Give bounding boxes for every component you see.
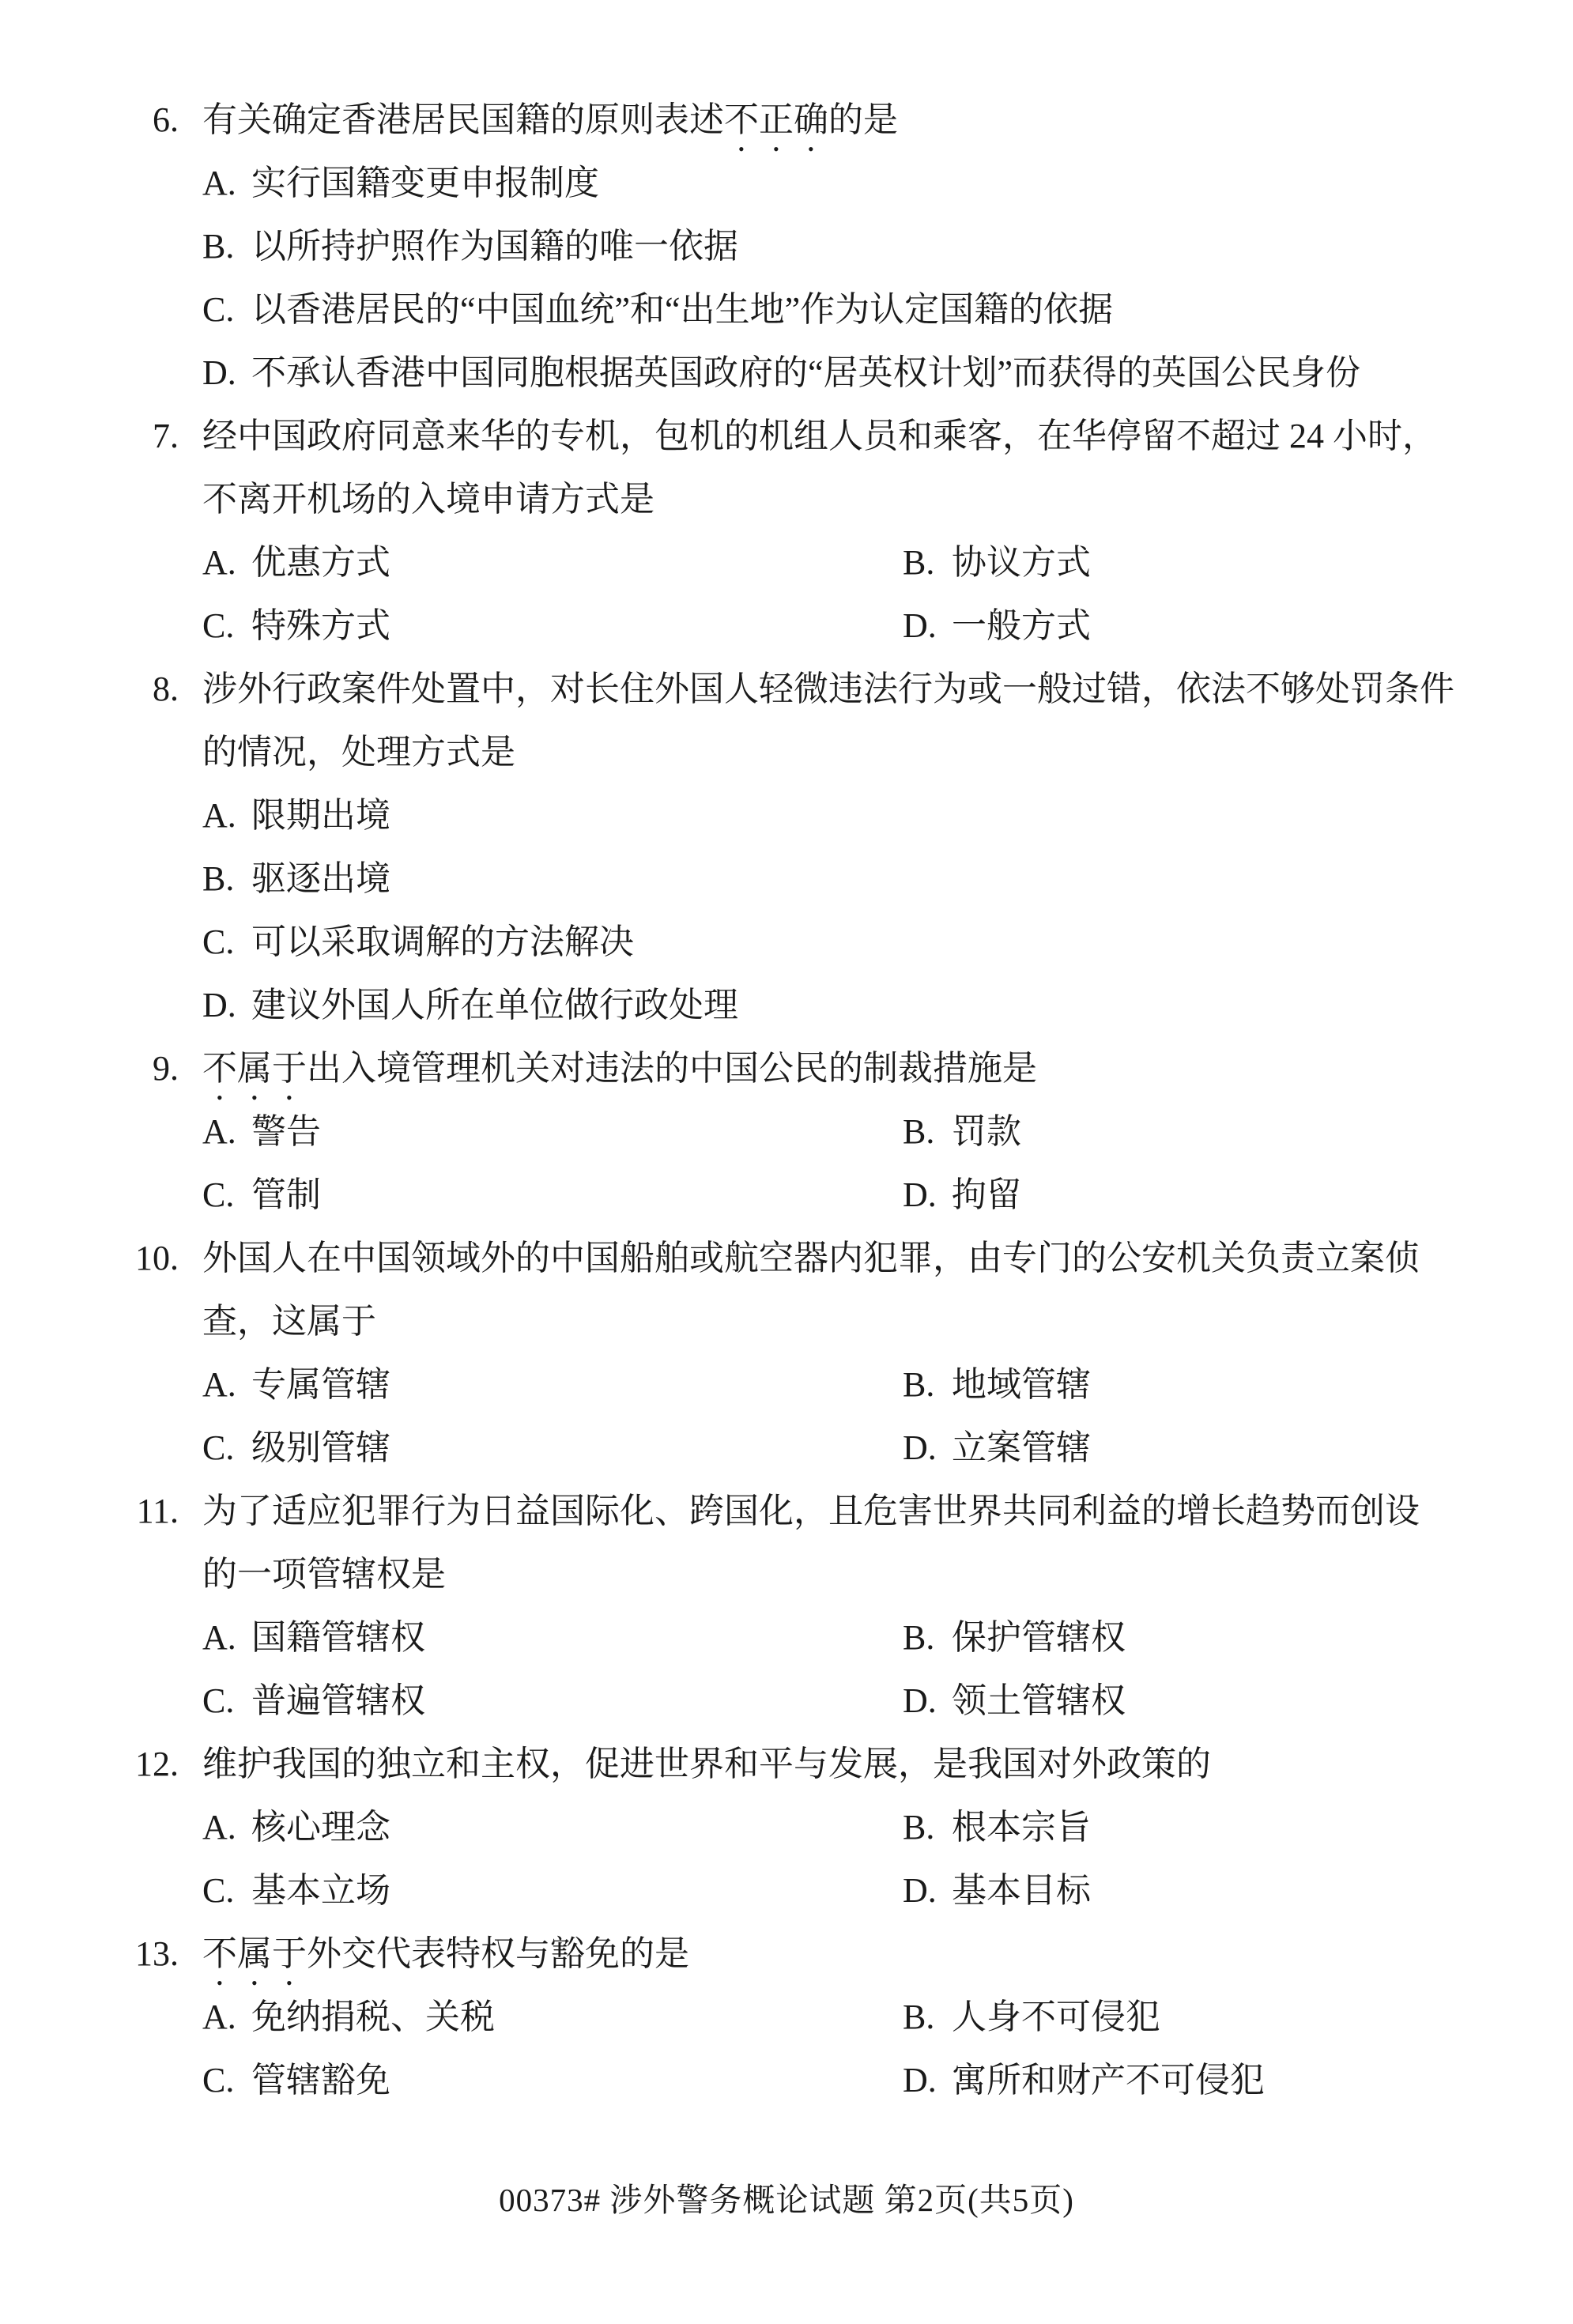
- option-b: B.协议方式: [903, 543, 1091, 582]
- option-label: C.: [202, 1417, 251, 1480]
- question-6-stem: 6.有关确定香港居民国籍的原则表述不正确的是: [0, 89, 1573, 152]
- option-row-ab: A.免纳捐税、关税B.人身不可侵犯: [0, 1986, 1573, 2049]
- option-text: 优惠方式: [251, 543, 390, 582]
- question-10-stem-line2: 查，这属于: [0, 1290, 1573, 1353]
- option-text: 级别管辖: [251, 1428, 390, 1467]
- option-b: B.地域管辖: [903, 1365, 1091, 1404]
- option-label: D.: [903, 1164, 952, 1227]
- option-label: D.: [903, 594, 952, 658]
- stem-segment: 经中国政府同意来华的专机，包机的机组人员和乘客，在华停留不超过 24 小时，: [202, 417, 1437, 455]
- option-text: 寓所和财产不可侵犯: [952, 2061, 1265, 2100]
- option-text: 警告: [251, 1112, 321, 1151]
- option-label: C.: [202, 911, 251, 974]
- option-text: 以所持护照作为国籍的唯一依据: [251, 227, 738, 266]
- option-row-ab: A.专属管辖B.地域管辖: [0, 1353, 1573, 1417]
- option-text: 地域管辖: [952, 1365, 1091, 1404]
- option-label: B.: [202, 215, 251, 278]
- option-c: C.管辖豁免: [202, 2049, 903, 2112]
- option-text: 免纳捐税、关税: [251, 1998, 495, 2036]
- option-c: C.级别管辖: [202, 1417, 903, 1480]
- question-number: 11.: [0, 1480, 179, 1543]
- option-label: A.: [202, 152, 251, 215]
- option-label: B.: [903, 1606, 952, 1669]
- option-row-ab: A.警告B.罚款: [0, 1100, 1573, 1164]
- option-label: D.: [202, 974, 251, 1037]
- option-c: C.普遍管辖权: [202, 1669, 903, 1733]
- option-text: 基本立场: [251, 1871, 390, 1910]
- option-label: D.: [903, 1669, 952, 1733]
- option-b: B.人身不可侵犯: [903, 1998, 1160, 2036]
- option-text: 协议方式: [952, 543, 1091, 582]
- option-label: C.: [202, 1669, 251, 1733]
- question-number: 10.: [0, 1227, 179, 1290]
- option-a: A.国籍管辖权: [202, 1606, 903, 1669]
- option-c: C.基本立场: [202, 1859, 903, 1922]
- option-a: A.实行国籍变更申报制度: [0, 152, 1573, 215]
- option-b: B.保护管辖权: [903, 1618, 1126, 1657]
- option-label: D.: [202, 341, 251, 405]
- option-text: 管制: [251, 1175, 321, 1214]
- option-label: C.: [202, 278, 251, 341]
- option-d: D.领土管辖权: [903, 1681, 1126, 1720]
- stem-segment: 为了适应犯罪行为日益国际化、跨国化，且危害世界共同利益的增长趋势而创设: [202, 1492, 1420, 1530]
- option-a: A.限期出境: [0, 784, 1573, 847]
- option-row-cd: C.管制D.拘留: [0, 1164, 1573, 1227]
- question-8-stem-line2: 的情况，处理方式是: [0, 721, 1573, 784]
- question-number: 9.: [0, 1037, 179, 1100]
- option-row-ab: A.核心理念B.根本宗旨: [0, 1796, 1573, 1859]
- option-label: A.: [202, 1353, 251, 1417]
- option-a: A.免纳捐税、关税: [202, 1986, 903, 2049]
- stem-emphasis: 不属于: [202, 1049, 307, 1088]
- question-11-stem: 11.为了适应犯罪行为日益国际化、跨国化，且危害世界共同利益的增长趋势而创设: [0, 1480, 1573, 1543]
- option-label: A.: [202, 1100, 251, 1164]
- option-row-cd: C.管辖豁免D.寓所和财产不可侵犯: [0, 2049, 1573, 2112]
- option-b: B.罚款: [903, 1112, 1021, 1151]
- question-7-stem: 7.经中国政府同意来华的专机，包机的机组人员和乘客，在华停留不超过 24 小时，: [0, 405, 1573, 468]
- question-11: 11.为了适应犯罪行为日益国际化、跨国化，且危害世界共同利益的增长趋势而创设 的…: [0, 1480, 1573, 1733]
- option-text: 罚款: [952, 1112, 1021, 1151]
- option-d: D.建议外国人所在单位做行政处理: [0, 974, 1573, 1037]
- option-text: 保护管辖权: [952, 1618, 1126, 1657]
- stem-emphasis: 不属于: [202, 1934, 307, 1973]
- question-number: 13.: [0, 1922, 179, 1986]
- option-row-ab: A.国籍管辖权B.保护管辖权: [0, 1606, 1573, 1669]
- option-a: A.专属管辖: [202, 1353, 903, 1417]
- option-text: 可以采取调解的方法解决: [251, 922, 634, 961]
- option-label: B.: [903, 1100, 952, 1164]
- question-11-stem-line2: 的一项管辖权是: [0, 1543, 1573, 1606]
- question-number: 6.: [0, 89, 179, 152]
- option-b: B.驱逐出境: [0, 847, 1573, 911]
- option-row-cd: C.级别管辖D.立案管辖: [0, 1417, 1573, 1480]
- stem-segment: 的一项管辖权是: [202, 1555, 446, 1594]
- option-text: 专属管辖: [251, 1365, 390, 1404]
- option-label: B.: [903, 1986, 952, 2049]
- stem-segment: 维护我国的独立和主权，促进世界和平与发展，是我国对外政策的: [202, 1745, 1211, 1783]
- stem-segment: 的情况，处理方式是: [202, 733, 515, 772]
- option-d: D.拘留: [903, 1175, 1021, 1214]
- option-d: D.基本目标: [903, 1871, 1091, 1910]
- option-row-cd: C.特殊方式D.一般方式: [0, 594, 1573, 658]
- option-d: D.不承认香港中国同胞根据英国政府的“居英权计划”而获得的英国公民身份: [0, 341, 1573, 405]
- option-text: 管辖豁免: [251, 2061, 390, 2100]
- option-label: A.: [202, 1986, 251, 2049]
- option-d: D.一般方式: [903, 606, 1091, 645]
- option-text: 限期出境: [251, 796, 390, 835]
- option-text: 领土管辖权: [952, 1681, 1126, 1720]
- stem-segment: 外交代表特权与豁免的是: [307, 1934, 689, 1973]
- question-number: 12.: [0, 1733, 179, 1796]
- question-7: 7.经中国政府同意来华的专机，包机的机组人员和乘客，在华停留不超过 24 小时，…: [0, 405, 1573, 658]
- question-number: 8.: [0, 658, 179, 721]
- question-9-stem: 9.不属于出入境管理机关对违法的中国公民的制裁措施是: [0, 1037, 1573, 1100]
- option-label: C.: [202, 594, 251, 658]
- option-label: A.: [202, 1606, 251, 1669]
- option-text: 根本宗旨: [952, 1808, 1091, 1847]
- option-b: B.根本宗旨: [903, 1808, 1091, 1847]
- question-10: 10.外国人在中国领域外的中国船舶或航空器内犯罪，由专门的公安机关负责立案侦 查…: [0, 1227, 1573, 1480]
- question-9: 9.不属于出入境管理机关对违法的中国公民的制裁措施是 A.警告B.罚款 C.管制…: [0, 1037, 1573, 1227]
- option-label: B.: [903, 1353, 952, 1417]
- question-13-stem: 13.不属于外交代表特权与豁免的是: [0, 1922, 1573, 1986]
- stem-emphasis: 不正确: [724, 100, 828, 139]
- option-a: A.优惠方式: [202, 531, 903, 594]
- option-label: D.: [903, 2049, 952, 2112]
- question-12-stem: 12.维护我国的独立和主权，促进世界和平与发展，是我国对外政策的: [0, 1733, 1573, 1796]
- option-label: A.: [202, 531, 251, 594]
- exam-page: 6.有关确定香港居民国籍的原则表述不正确的是 A.实行国籍变更申报制度 B.以所…: [0, 0, 1573, 2220]
- option-text: 立案管辖: [952, 1428, 1091, 1467]
- stem-segment: 涉外行政案件处置中，对长住外国人轻微违法行为或一般过错，依法不够处罚条件: [202, 670, 1454, 708]
- option-text: 基本目标: [952, 1871, 1091, 1910]
- option-text: 拘留: [952, 1175, 1021, 1214]
- question-8: 8.涉外行政案件处置中，对长住外国人轻微违法行为或一般过错，依法不够处罚条件 的…: [0, 658, 1573, 1037]
- option-label: C.: [202, 1859, 251, 1922]
- question-6: 6.有关确定香港居民国籍的原则表述不正确的是 A.实行国籍变更申报制度 B.以所…: [0, 89, 1573, 405]
- stem-segment: 不离开机场的入境申请方式是: [202, 480, 654, 519]
- stem-segment: 查，这属于: [202, 1302, 376, 1341]
- option-text: 国籍管辖权: [251, 1618, 425, 1657]
- question-10-stem: 10.外国人在中国领域外的中国船舶或航空器内犯罪，由专门的公安机关负责立案侦: [0, 1227, 1573, 1290]
- option-d: D.寓所和财产不可侵犯: [903, 2061, 1265, 2100]
- option-label: D.: [903, 1859, 952, 1922]
- stem-segment: 外国人在中国领域外的中国船舶或航空器内犯罪，由专门的公安机关负责立案侦: [202, 1239, 1420, 1277]
- option-text: 一般方式: [952, 606, 1091, 645]
- option-row-ab: A.优惠方式B.协议方式: [0, 531, 1573, 594]
- option-label: B.: [903, 1796, 952, 1859]
- question-8-stem: 8.涉外行政案件处置中，对长住外国人轻微违法行为或一般过错，依法不够处罚条件: [0, 658, 1573, 721]
- stem-segment: 的是: [828, 100, 898, 139]
- option-label: A.: [202, 784, 251, 847]
- option-c: C.管制: [202, 1164, 903, 1227]
- option-text: 实行国籍变更申报制度: [251, 164, 599, 202]
- option-a: A.核心理念: [202, 1796, 903, 1859]
- option-d: D.立案管辖: [903, 1428, 1091, 1467]
- option-label: A.: [202, 1796, 251, 1859]
- option-text: 特殊方式: [251, 606, 390, 645]
- option-a: A.警告: [202, 1100, 903, 1164]
- option-text: 普遍管辖权: [251, 1681, 425, 1720]
- question-12: 12.维护我国的独立和主权，促进世界和平与发展，是我国对外政策的 A.核心理念B…: [0, 1733, 1573, 1922]
- option-text: 核心理念: [251, 1808, 390, 1847]
- option-label: B.: [202, 847, 251, 911]
- question-13: 13.不属于外交代表特权与豁免的是 A.免纳捐税、关税B.人身不可侵犯 C.管辖…: [0, 1922, 1573, 2112]
- stem-segment: 有关确定香港居民国籍的原则表述: [202, 100, 724, 139]
- option-c: C.以香港居民的“中国血统”和“出生地”作为认定国籍的依据: [0, 278, 1573, 341]
- option-c: C.可以采取调解的方法解决: [0, 911, 1573, 974]
- option-row-cd: C.基本立场D.基本目标: [0, 1859, 1573, 1922]
- option-label: C.: [202, 1164, 251, 1227]
- option-label: C.: [202, 2049, 251, 2112]
- option-row-cd: C.普遍管辖权D.领土管辖权: [0, 1669, 1573, 1733]
- option-c: C.特殊方式: [202, 594, 903, 658]
- option-text: 建议外国人所在单位做行政处理: [251, 986, 738, 1024]
- option-text: 人身不可侵犯: [952, 1998, 1160, 2036]
- question-number: 7.: [0, 405, 179, 468]
- option-text: 以香港居民的“中国血统”和“出生地”作为认定国籍的依据: [251, 290, 1113, 329]
- option-text: 驱逐出境: [251, 859, 390, 898]
- option-label: B.: [903, 531, 952, 594]
- stem-segment: 出入境管理机关对违法的中国公民的制裁措施是: [307, 1049, 1037, 1088]
- question-7-stem-line2: 不离开机场的入境申请方式是: [0, 468, 1573, 531]
- option-b: B.以所持护照作为国籍的唯一依据: [0, 215, 1573, 278]
- option-text: 不承认香港中国同胞根据英国政府的“居英权计划”而获得的英国公民身份: [251, 353, 1360, 392]
- option-label: D.: [903, 1417, 952, 1480]
- page-footer: 00373# 涉外警务概论试题 第2页(共5页): [0, 2174, 1573, 2220]
